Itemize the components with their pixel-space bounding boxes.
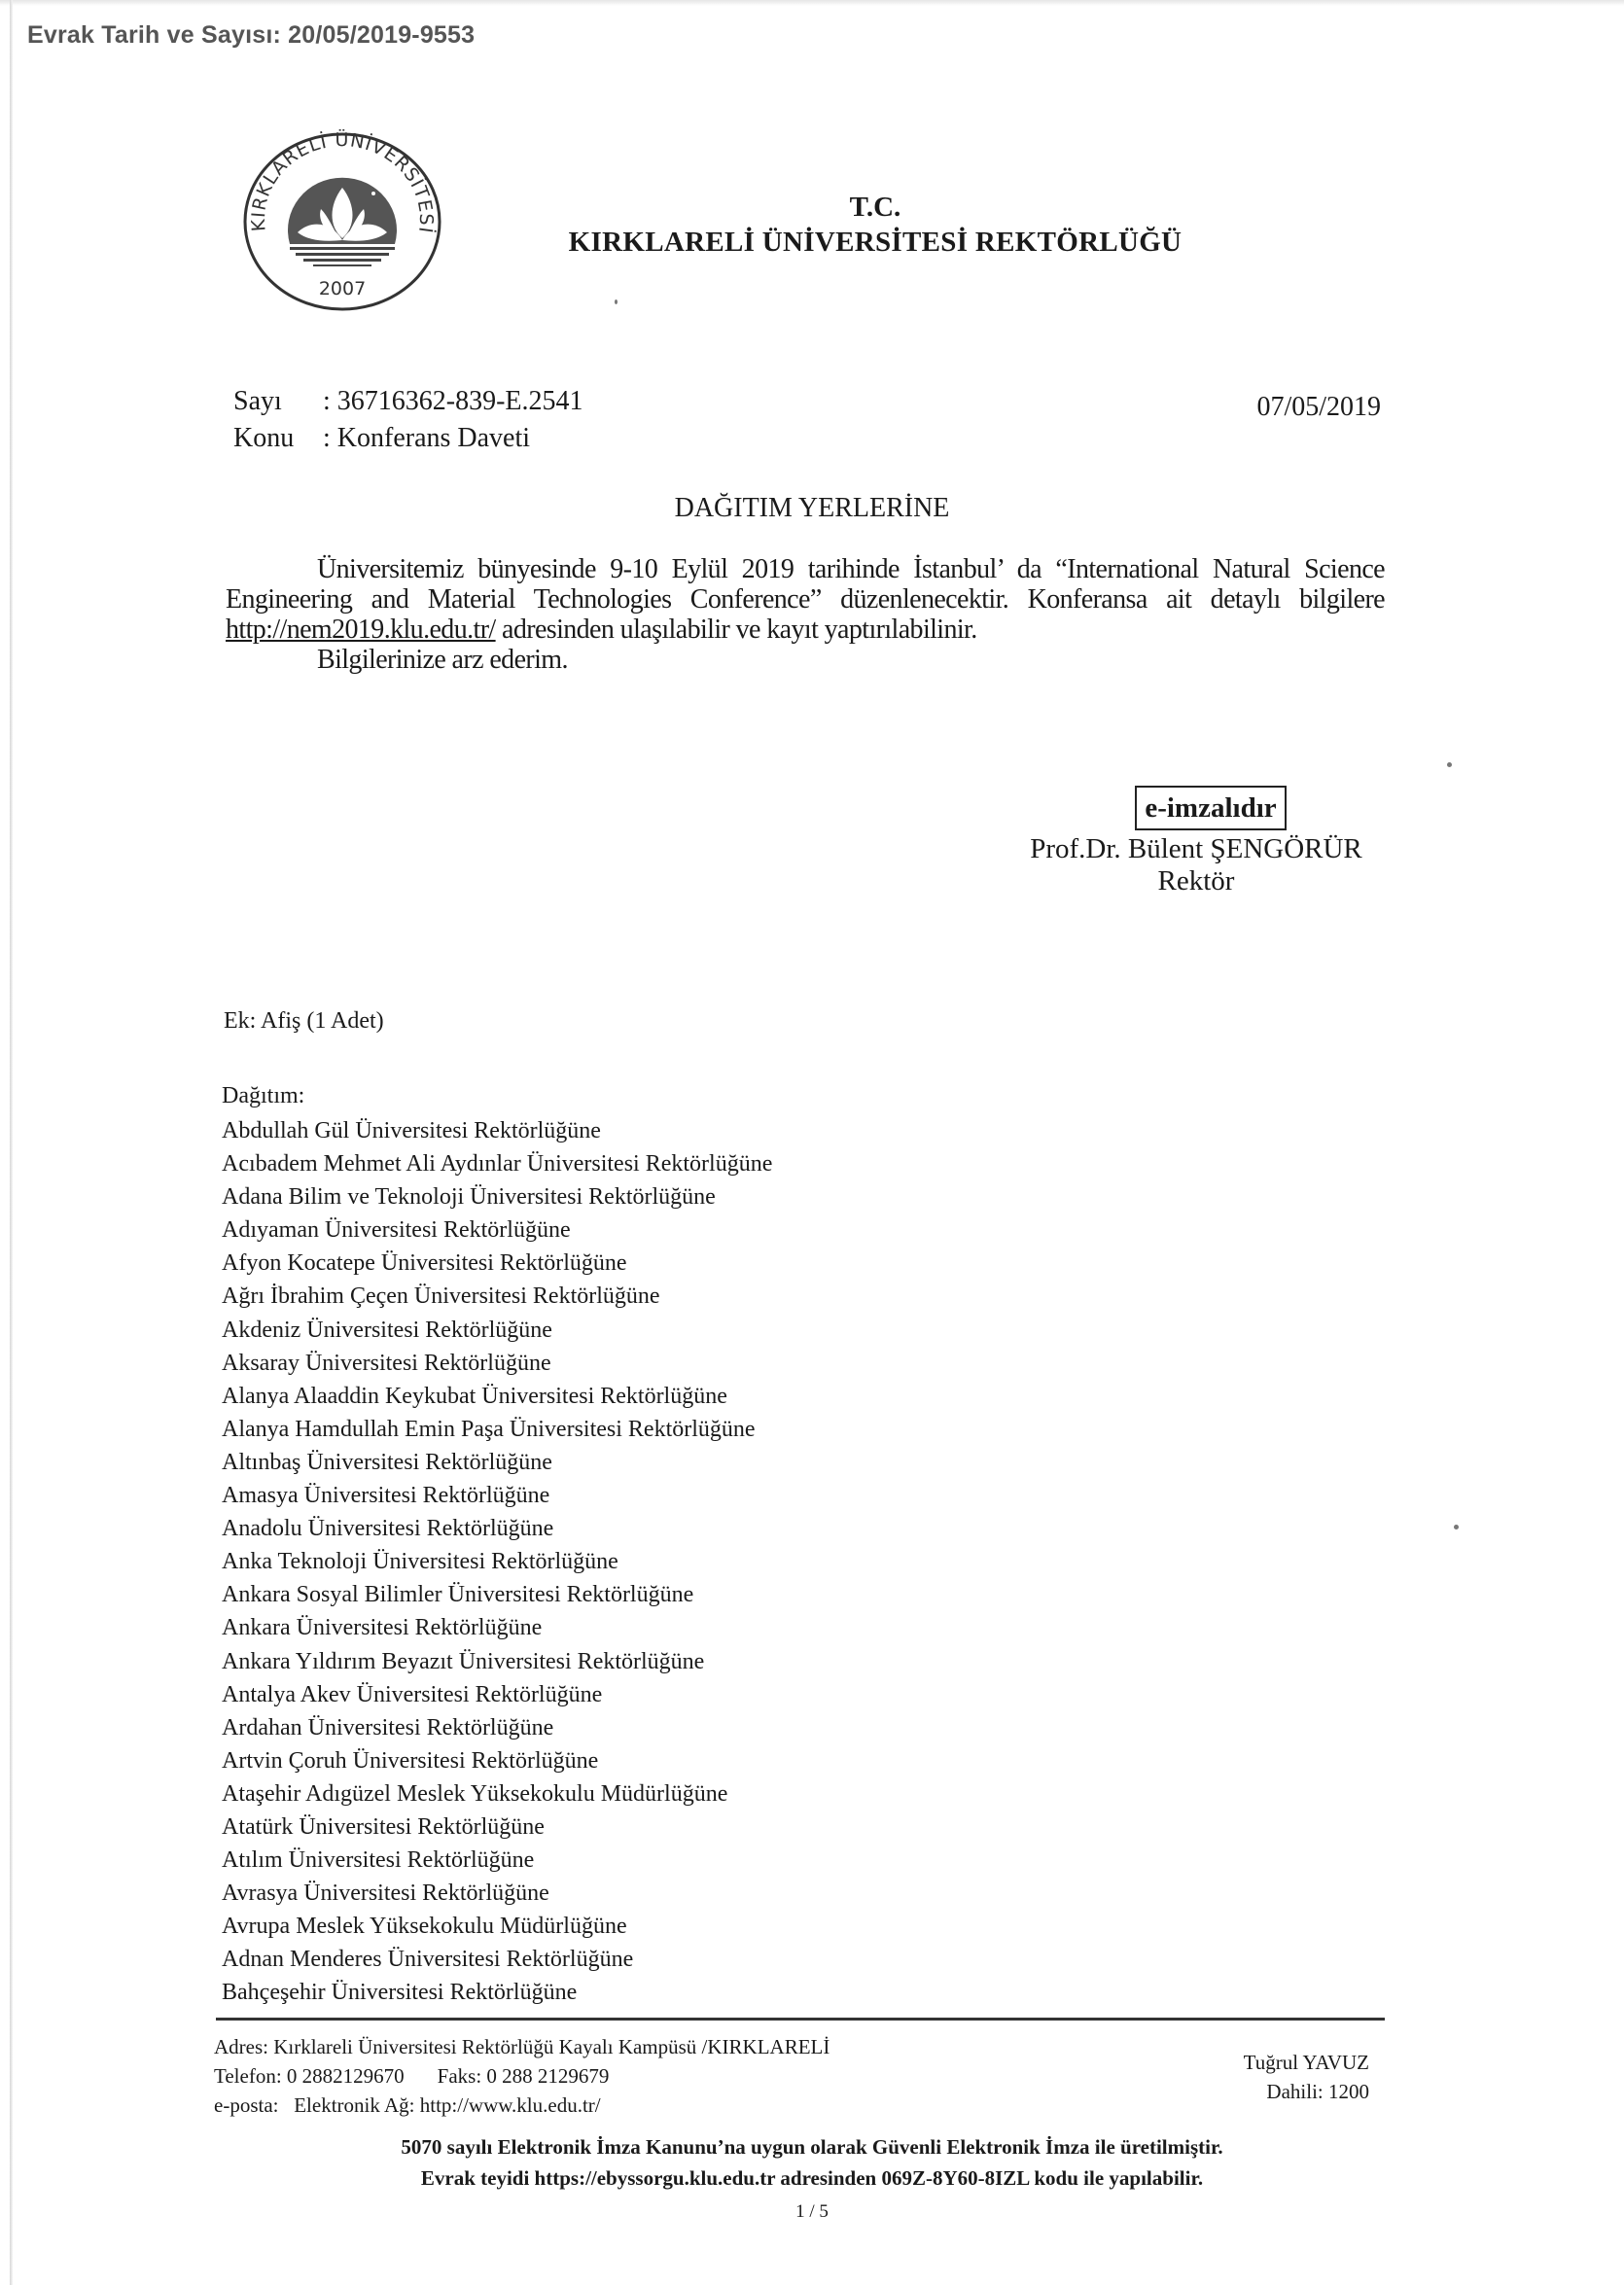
page-number: 1 / 5 (0, 2201, 1624, 2223)
distribution-item: Ataşehir Adıgüzel Meslek Yüksekokulu Müd… (222, 1777, 772, 1810)
scan-edge (10, 0, 13, 2285)
seal-graphic: KIRKLARELİ ÜNİVERSİTESİ 2007 (239, 129, 445, 314)
subject-label: Konu (233, 420, 323, 457)
distribution-label: Dağıtım: (222, 1079, 772, 1112)
distribution-item: Anka Teknoloji Üniversitesi Rektörlüğüne (222, 1545, 772, 1578)
letterhead: T.C. KIRKLARELİ ÜNİVERSİTESİ REKTÖRLÜĞÜ (545, 190, 1206, 260)
officer-name: Tuğrul YAVUZ (1244, 2048, 1369, 2077)
document-date: 07/05/2019 (1256, 392, 1381, 423)
subject: Konu: Konferans Daveti (233, 420, 583, 457)
footer-phone-fax: Telefon: 0 2882129670Faks: 0 288 2129679 (214, 2061, 830, 2091)
svg-text:2007: 2007 (319, 278, 366, 299)
distribution-items: Abdullah Gül Üniversitesi RektörlüğüneAc… (222, 1114, 772, 2010)
distribution-item: Ardahan Üniversitesi Rektörlüğüne (222, 1711, 772, 1744)
e-signature-law-notice: 5070 sayılı Elektronik İmza Kanunu’na uy… (0, 2131, 1624, 2162)
distribution-item: Adnan Menderes Üniversitesi Rektörlüğüne (222, 1943, 772, 1976)
distribution-item: Amasya Üniversitesi Rektörlüğüne (222, 1479, 772, 1512)
letter-body: Üniversitemiz bünyesinde 9-10 Eylül 2019… (226, 554, 1385, 675)
body-paragraph: Üniversitemiz bünyesinde 9-10 Eylül 2019… (226, 554, 1385, 645)
attachment-note: Ek: Afiş (1 Adet) (224, 1008, 384, 1035)
footer-web: e-posta: Elektronik Ağ: http://www.klu.e… (214, 2091, 830, 2120)
distribution-item: Adıyaman Üniversitesi Rektörlüğüne (222, 1213, 772, 1247)
distribution-item: Atılım Üniversitesi Rektörlüğüne (222, 1844, 772, 1877)
signature-block: e-imzalıdır Prof.Dr. Bülent ŞENGÖRÜR Rek… (1011, 786, 1381, 896)
distribution-item: Akdeniz Üniversitesi Rektörlüğüne (222, 1314, 772, 1347)
distribution-item: Ağrı İbrahim Çeçen Üniversitesi Rektörlü… (222, 1280, 772, 1313)
footer-phone: Telefon: 0 2882129670 (214, 2064, 405, 2088)
reference-number-label: Sayı (233, 383, 323, 420)
reference-number-value: : 36716362-839-E.2541 (323, 386, 583, 416)
scan-speck (615, 299, 618, 304)
university-seal-icon: KIRKLARELİ ÜNİVERSİTESİ 2007 (239, 129, 445, 314)
organization-name: KIRKLARELİ ÜNİVERSİTESİ REKTÖRLÜĞÜ (545, 225, 1206, 260)
footer-divider (216, 2018, 1385, 2021)
e-signature-badge: e-imzalıdır (1135, 786, 1286, 830)
conference-link[interactable]: http://nem2019.klu.edu.tr/ (226, 615, 496, 645)
scan-speck (1454, 1525, 1459, 1529)
document-stamp: Evrak Tarih ve Sayısı: 20/05/2019-9553 (27, 21, 475, 50)
distribution-item: Ankara Sosyal Bilimler Üniversitesi Rekt… (222, 1578, 772, 1611)
signer-title: Rektör (1011, 865, 1381, 896)
distribution-item: Antalya Akev Üniversitesi Rektörlüğüne (222, 1678, 772, 1711)
distribution-item: Artvin Çoruh Üniversitesi Rektörlüğüne (222, 1744, 772, 1777)
footer-contact: Adres: Kırklareli Üniversitesi Rektörlüğ… (214, 2032, 830, 2120)
distribution-item: Alanya Hamdullah Emin Paşa Üniversitesi … (222, 1413, 772, 1446)
signer-name: Prof.Dr. Bülent ŞENGÖRÜR (1011, 832, 1381, 865)
distribution-item: Ankara Üniversitesi Rektörlüğüne (222, 1611, 772, 1644)
footer-address: Adres: Kırklareli Üniversitesi Rektörlüğ… (214, 2032, 830, 2061)
distribution-item: Ankara Yıldırım Beyazıt Üniversitesi Rek… (222, 1645, 772, 1678)
recipient-heading: DAĞITIM YERLERİNE (0, 493, 1624, 524)
distribution-item: Bahçeşehir Üniversitesi Rektörlüğüne (222, 1976, 772, 2009)
distribution-item: Alanya Alaaddin Keykubat Üniversitesi Re… (222, 1380, 772, 1413)
reference-number: Sayı: 36716362-839-E.2541 (233, 383, 583, 420)
distribution-item: Altınbaş Üniversitesi Rektörlüğüne (222, 1446, 772, 1479)
distribution-item: Adana Bilim ve Teknoloji Üniversitesi Re… (222, 1180, 772, 1213)
scan-edge (0, 0, 1624, 6)
legal-notice: 5070 sayılı Elektronik İmza Kanunu’na uy… (0, 2131, 1624, 2194)
document-meta: Sayı: 36716362-839-E.2541 Konu: Konferan… (233, 383, 583, 457)
body-text-start: Üniversitemiz bünyesinde 9-10 Eylül 2019… (226, 554, 1385, 615)
scan-speck (1447, 762, 1452, 767)
distribution-item: Aksaray Üniversitesi Rektörlüğüne (222, 1347, 772, 1380)
distribution-item: Abdullah Gül Üniversitesi Rektörlüğüne (222, 1114, 772, 1147)
distribution-list: Dağıtım: Abdullah Gül Üniversitesi Rektö… (222, 1079, 772, 2010)
distribution-item: Afyon Kocatepe Üniversitesi Rektörlüğüne (222, 1247, 772, 1280)
footer-web-label: Elektronik Ağ: (294, 2093, 414, 2117)
distribution-item: Atatürk Üniversitesi Rektörlüğüne (222, 1810, 772, 1844)
distribution-item: Acıbadem Mehmet Ali Aydınlar Üniversites… (222, 1147, 772, 1180)
university-website-link[interactable]: http://www.klu.edu.tr/ (420, 2093, 601, 2117)
footer-officer: Tuğrul YAVUZ Dahili: 1200 (1244, 2048, 1369, 2106)
closing-line: Bilgilerinize arz ederim. (317, 645, 1385, 675)
body-text-end: adresinden ulaşılabilir ve kayıt yaptırı… (496, 615, 977, 645)
distribution-item: Avrupa Meslek Yüksekokulu Müdürlüğüne (222, 1910, 772, 1943)
subject-value: : Konferans Daveti (323, 423, 530, 453)
footer-email-label: e-posta: (214, 2093, 278, 2117)
footer-fax: Faks: 0 288 2129679 (438, 2064, 610, 2088)
country-label: T.C. (545, 190, 1206, 225)
distribution-item: Avrasya Üniversitesi Rektörlüğüne (222, 1877, 772, 1910)
distribution-item: Anadolu Üniversitesi Rektörlüğüne (222, 1512, 772, 1545)
officer-extension: Dahili: 1200 (1244, 2077, 1369, 2106)
verification-notice: Evrak teyidi https://ebyssorgu.klu.edu.t… (0, 2162, 1624, 2194)
